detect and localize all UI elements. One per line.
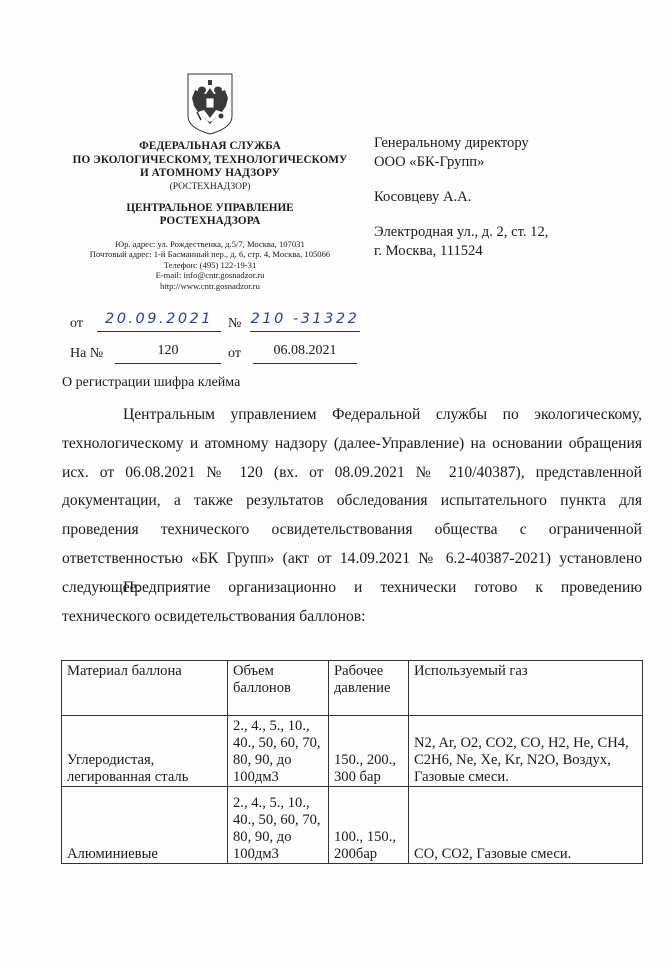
cell-volume: 2., 4., 5., 10., 40., 50, 60, 70, 80, 90… [228, 787, 329, 864]
table-row: Алюминиевые 2., 4., 5., 10., 40., 50, 60… [62, 787, 643, 864]
header-volume: Объем баллонов [228, 661, 329, 716]
contacts: Юр. адрес: ул. Рождественка, д.5/7, Моск… [62, 239, 358, 292]
outgoing-number: 210 -31322 [250, 311, 360, 332]
recipient-title: Генеральному директору [374, 134, 548, 153]
org-name-line2: ПО ЭКОЛОГИЧЕСКОМУ, ТЕХНОЛОГИЧЕСКОМУ [62, 154, 358, 168]
ref-date-label: от [228, 346, 241, 362]
recipient-address-line1: Электродная ул., д. 2, ст. 12, [374, 223, 548, 242]
header-pressure: Рабочее давление [329, 661, 409, 716]
subject-line: О регистрации шифра клейма [62, 375, 240, 391]
cell-pressure: 100., 150., 200бар [329, 787, 409, 864]
recipient-block: Генеральному директору ООО «БК-Групп» Ко… [374, 134, 548, 261]
phone: Телефон: (495) 122-19-31 [62, 260, 358, 271]
recipient-name: Косовцеву А.А. [374, 188, 548, 207]
body-paragraph-2: Предприятие организационно и технически … [62, 574, 642, 632]
body-paragraph-1: Центральным управлением Федеральной служ… [62, 401, 642, 603]
table-row: Углеродистая, легированная сталь 2., 4.,… [62, 716, 643, 787]
org-abbreviation: (РОСТЕХНАДЗОР) [62, 181, 358, 193]
cell-gas: N2, Ar, O2, CO2, CO, H2, He, CH4, C2H6, … [409, 716, 643, 787]
header-gas: Используемый газ [409, 661, 643, 716]
ref-date: 06.08.2021 [253, 343, 357, 364]
ref-number-label: На № [70, 346, 103, 362]
coat-of-arms-icon [185, 72, 235, 136]
header-material: Материал баллона [62, 661, 228, 716]
letterhead: ФЕДЕРАЛЬНАЯ СЛУЖБА ПО ЭКОЛОГИЧЕСКОМУ, ТЕ… [62, 140, 358, 291]
postal-address: Почтовый адрес: 1-й Басманный пер., д. 6… [62, 249, 358, 260]
department-name-line1: ЦЕНТРАЛЬНОЕ УПРАВЛЕНИЕ [62, 202, 358, 216]
cell-material: Алюминиевые [62, 787, 228, 864]
org-name-line1: ФЕДЕРАЛЬНАЯ СЛУЖБА [62, 140, 358, 154]
recipient-address-line2: г. Москва, 111524 [374, 242, 548, 261]
ref-number: 120 [115, 343, 221, 364]
outgoing-date: 20.09.2021 [97, 311, 221, 332]
department-name-line2: РОСТЕХНАДЗОРА [62, 215, 358, 229]
number-label: № [228, 316, 241, 332]
cylinder-table: Материал баллона Объем баллонов Рабочее … [61, 660, 643, 864]
cell-volume: 2., 4., 5., 10., 40., 50, 60, 70, 80, 90… [228, 716, 329, 787]
recipient-company: ООО «БК-Групп» [374, 153, 548, 172]
website: http://www.cntr.gosnadzor.ru [62, 281, 358, 292]
cell-pressure: 150., 200., 300 бар [329, 716, 409, 787]
cell-gas: CO, CO2, Газовые смеси. [409, 787, 643, 864]
date-label: от [70, 316, 83, 332]
email: E-mail: info@cntr.gosnadzor.ru [62, 270, 358, 281]
cell-material: Углеродистая, легированная сталь [62, 716, 228, 787]
legal-address: Юр. адрес: ул. Рождественка, д.5/7, Моск… [62, 239, 358, 250]
table-header-row: Материал баллона Объем баллонов Рабочее … [62, 661, 643, 716]
org-name-line3: И АТОМНОМУ НАДЗОРУ [62, 167, 358, 181]
